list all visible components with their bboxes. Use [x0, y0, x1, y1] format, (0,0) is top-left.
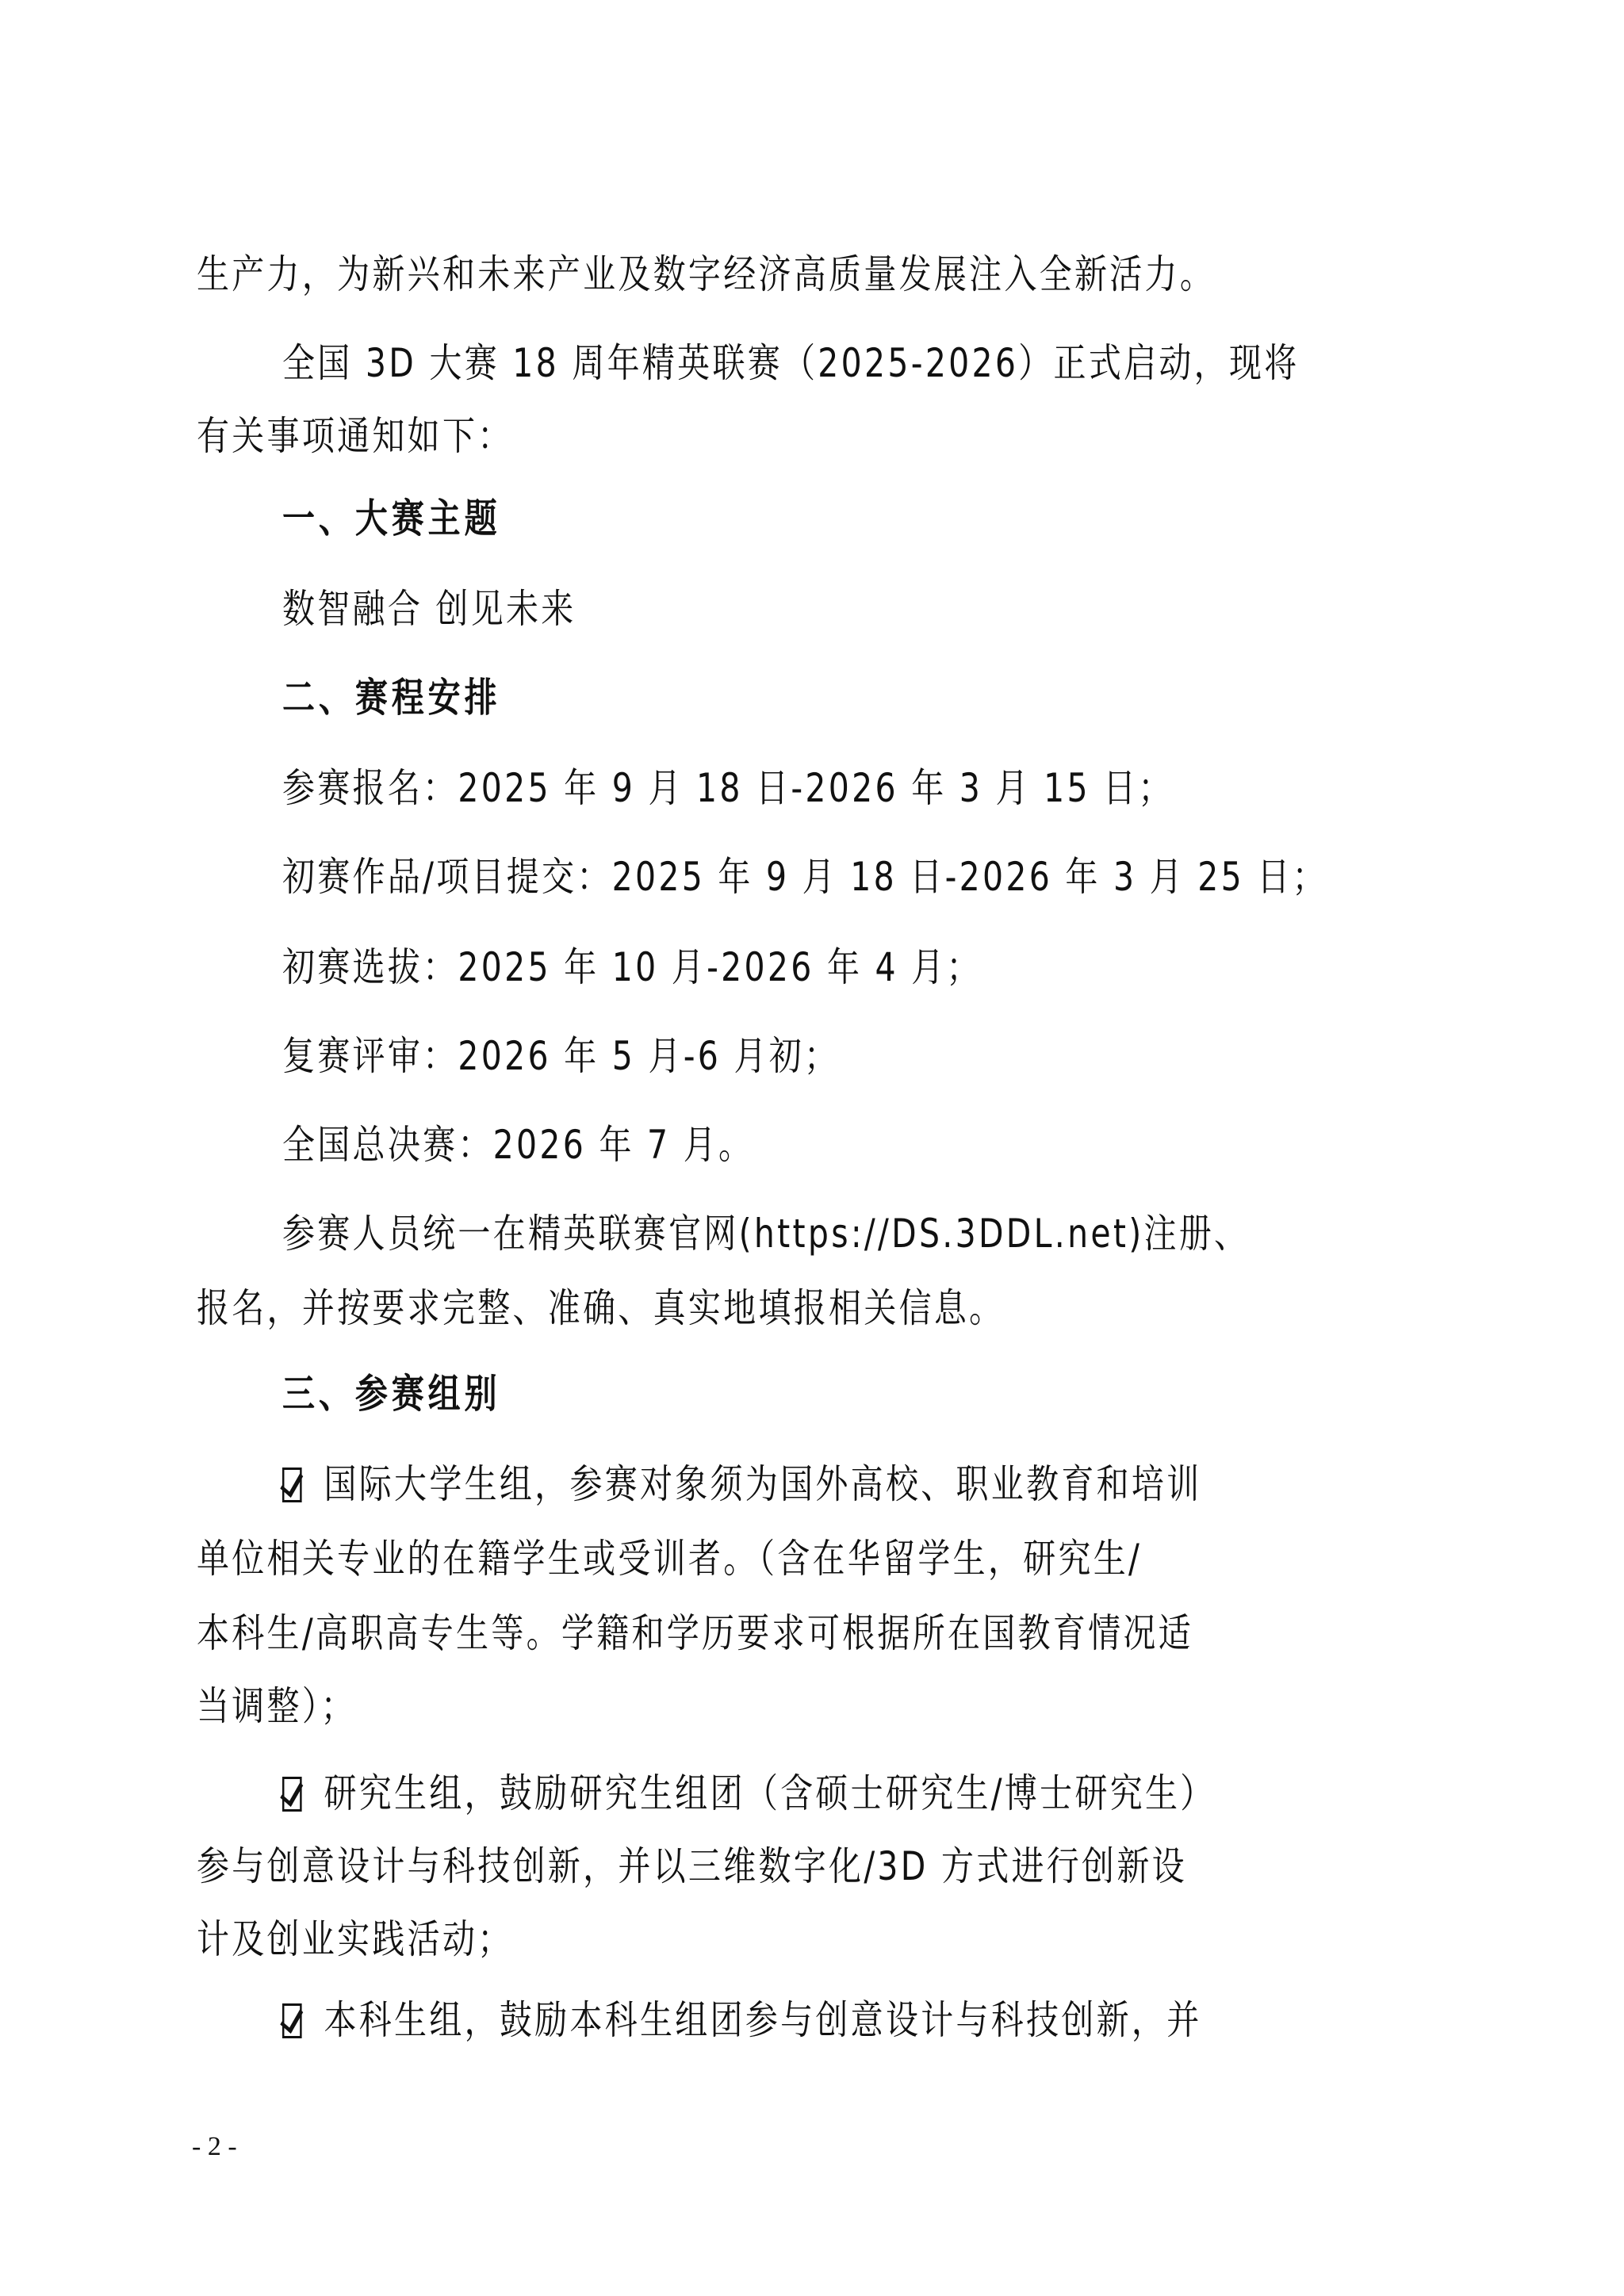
registration-notice-line-1: 参赛人员统一在精英联赛官网(https://DS.3DDL.net)注册、	[282, 1210, 1297, 1257]
section-heading-groups: 三、参赛组别	[282, 1370, 1297, 1418]
intro-line-3: 有关事项通知如下：	[197, 412, 1211, 460]
group-international-line-1: 国际大学生组，参赛对象须为国外高校、职业教育和培训	[282, 1460, 1297, 1508]
group-international-line-3: 本科生/高职高专生等。学籍和学历要求可根据所在国教育情况适	[197, 1609, 1211, 1657]
checkbox-checked-icon	[282, 2003, 302, 2038]
schedule-item-registration: 参赛报名：2025 年 9 月 18 日-2026 年 3 月 15 日；	[282, 764, 1297, 812]
group-undergraduate-text-1: 本科生组，鼓励本科生组团参与创意设计与科技创新，并	[324, 1997, 1201, 2043]
group-graduate-line-1: 研究生组，鼓励研究生组团（含硕士研究生/博士研究生）	[282, 1770, 1297, 1817]
group-graduate-line-2: 参与创意设计与科技创新，并以三维数字化/3D 方式进行创新设	[197, 1843, 1211, 1890]
theme-text: 数智融合 创见未来	[282, 585, 1297, 633]
group-graduate-line-3: 计及创业实践活动；	[197, 1915, 1211, 1963]
document-page: 生产力，为新兴和未来产业及数字经济高质量发展注入全新活力。 全国 3D 大赛 1…	[0, 0, 1624, 2296]
checkbox-checked-icon	[282, 1777, 302, 1812]
group-undergraduate-line-1: 本科生组，鼓励本科生组团参与创意设计与科技创新，并	[282, 1996, 1297, 2044]
page-number: - 2 -	[192, 2131, 237, 2163]
schedule-item-preliminary: 初赛选拔：2025 年 10 月-2026 年 4 月；	[282, 943, 1297, 991]
section-heading-schedule: 二、赛程安排	[282, 674, 1297, 721]
intro-line-2: 全国 3D 大赛 18 周年精英联赛（2025-2026）正式启动，现将	[282, 339, 1297, 387]
group-graduate-text-1: 研究生组，鼓励研究生组团（含硕士研究生/博士研究生）	[324, 1770, 1215, 1816]
group-international-line-2: 单位相关专业的在籍学生或受训者。（含在华留学生，研究生/	[197, 1535, 1211, 1582]
registration-notice-line-2: 报名，并按要求完整、准确、真实地填报相关信息。	[197, 1284, 1211, 1332]
group-international-text-1: 国际大学生组，参赛对象须为国外高校、职业教育和培训	[324, 1461, 1201, 1507]
schedule-item-final: 全国总决赛：2026 年 7 月。	[282, 1121, 1297, 1169]
schedule-item-submission: 初赛作品/项目提交：2025 年 9 月 18 日-2026 年 3 月 25 …	[282, 853, 1297, 901]
checkbox-checked-icon	[282, 1468, 302, 1502]
group-international-line-4: 当调整）；	[197, 1682, 1211, 1730]
schedule-item-semifinal: 复赛评审：2026 年 5 月-6 月初；	[282, 1032, 1297, 1080]
section-heading-theme: 一、大赛主题	[282, 495, 1297, 542]
intro-line-1: 生产力，为新兴和未来产业及数字经济高质量发展注入全新活力。	[197, 251, 1211, 298]
